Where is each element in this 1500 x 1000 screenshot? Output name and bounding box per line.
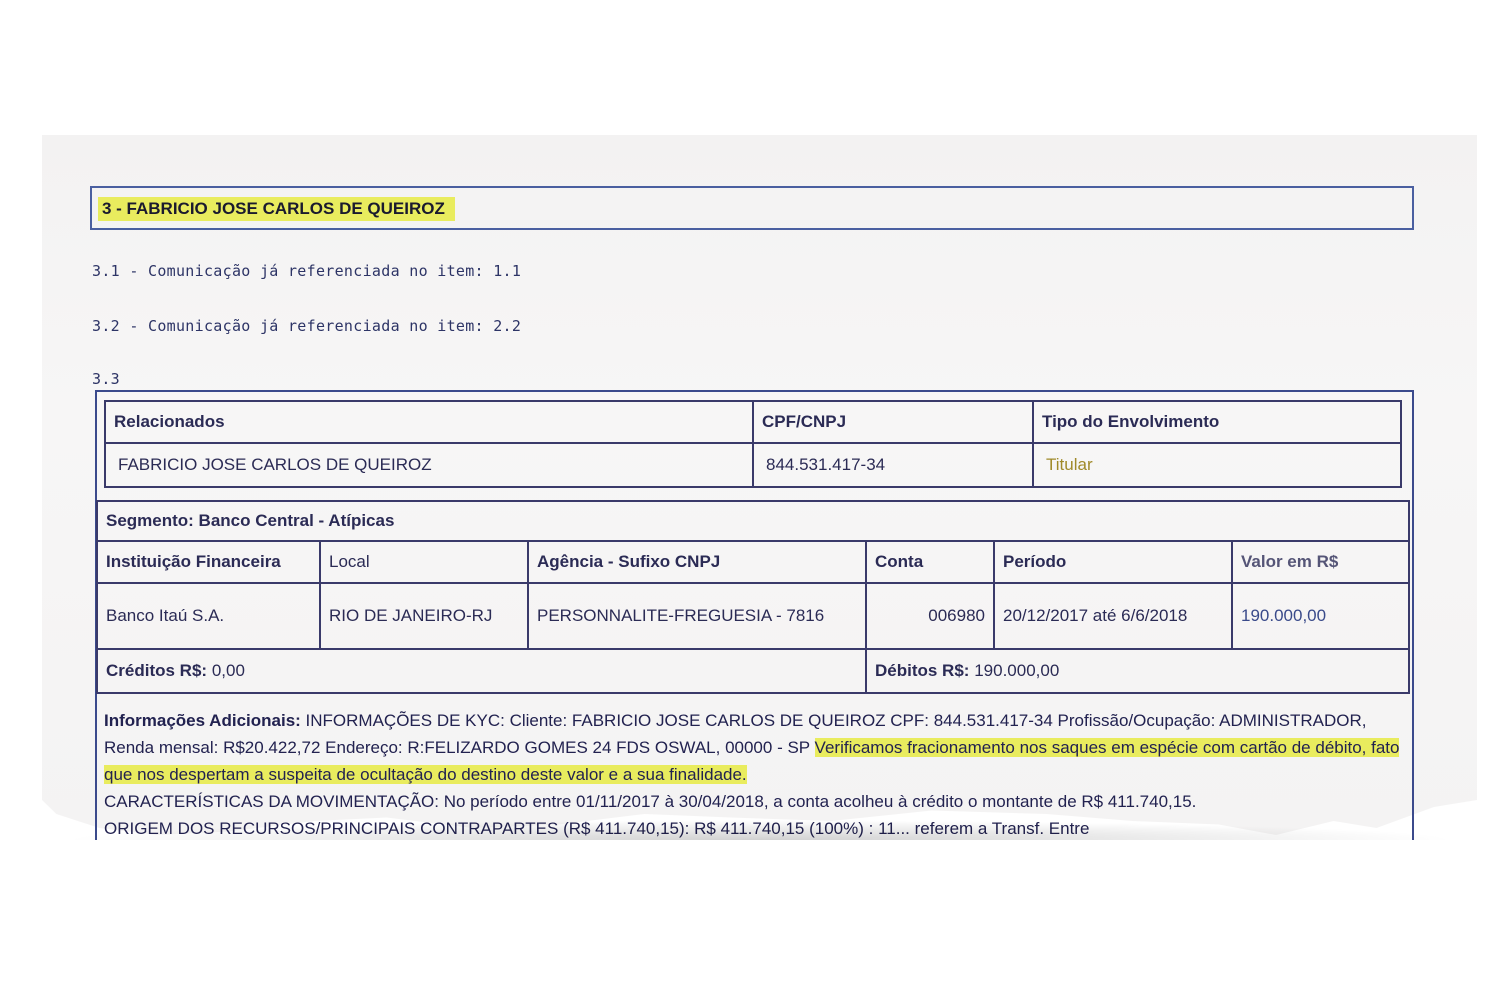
header-tipo: Tipo do Envolvimento xyxy=(1033,401,1401,443)
cell-periodo: 20/12/2017 até 6/6/2018 xyxy=(994,583,1232,649)
cell-conta: 006980 xyxy=(866,583,994,649)
credits-cell: Créditos R$: 0,00 xyxy=(97,649,866,693)
additional-info-label: Informações Adicionais: xyxy=(104,711,301,730)
header-local: Local xyxy=(320,541,528,583)
debits-label: Débitos R$: xyxy=(875,661,969,680)
related-cpf: 844.531.417-34 xyxy=(753,443,1033,487)
header-relacionados: Relacionados xyxy=(105,401,753,443)
credits-value: 0,00 xyxy=(212,661,245,680)
transactions-table: Segmento: Banco Central - Atípicas Insti… xyxy=(96,500,1410,694)
header-agencia: Agência - Sufixo CNPJ xyxy=(528,541,866,583)
header-periodo: Período xyxy=(994,541,1232,583)
item-3-2: 3.2 - Comunicação já referenciada no ite… xyxy=(92,317,521,335)
section-title: 3 - FABRICIO JOSE CARLOS DE QUEIROZ xyxy=(98,197,455,221)
movement-characteristics: CARACTERÍSTICAS DA MOVIMENTAÇÃO: No perí… xyxy=(104,792,1196,811)
header-cpf: CPF/CNPJ xyxy=(753,401,1033,443)
header-conta: Conta xyxy=(866,541,994,583)
segment-label: Segmento: Banco Central - Atípicas xyxy=(97,501,1409,541)
debits-cell: Débitos R$: 190.000,00 xyxy=(866,649,1409,693)
related-name: FABRICIO JOSE CARLOS DE QUEIROZ xyxy=(105,443,753,487)
torn-edge-cover xyxy=(0,840,1500,1000)
credits-label: Créditos R$: xyxy=(106,661,207,680)
cell-local: RIO DE JANEIRO-RJ xyxy=(320,583,528,649)
related-table: Relacionados CPF/CNPJ Tipo do Envolvimen… xyxy=(104,400,1402,488)
cell-agencia: PERSONNALITE-FREGUESIA - 7816 xyxy=(528,583,866,649)
debits-value: 190.000,00 xyxy=(974,661,1059,680)
segment-text: Segmento: Banco Central - Atípicas xyxy=(106,511,394,530)
cell-valor: 190.000,00 xyxy=(1232,583,1409,649)
section-title-box: 3 - FABRICIO JOSE CARLOS DE QUEIROZ xyxy=(90,186,1414,230)
header-valor: Valor em R$ xyxy=(1232,541,1409,583)
cell-instituicao: Banco Itaú S.A. xyxy=(97,583,320,649)
item-3-1: 3.1 - Comunicação já referenciada no ite… xyxy=(92,262,521,280)
item-3-3: 3.3 xyxy=(92,370,120,388)
related-type: Titular xyxy=(1033,443,1401,487)
header-instituicao: Instituição Financeira xyxy=(97,541,320,583)
